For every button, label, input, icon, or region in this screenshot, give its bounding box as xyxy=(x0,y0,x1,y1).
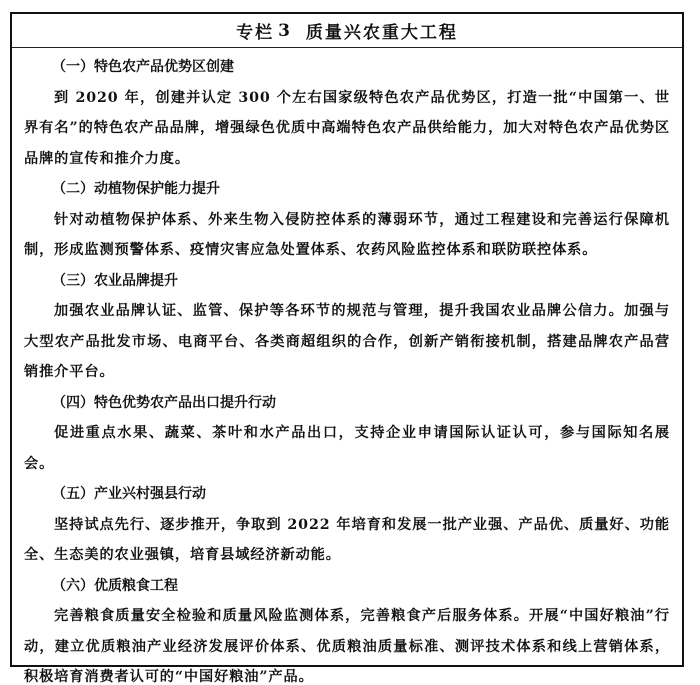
section-heading: （一）特色农产品优势区创建 xyxy=(24,52,670,83)
section-body: 针对动植物保护体系、外来生物入侵防控体系的薄弱环节，通过工程建设和完善运行保障机… xyxy=(24,205,670,266)
section-heading: （三）农业品牌提升 xyxy=(24,266,670,297)
column-title-number: 3 xyxy=(278,21,292,41)
column-box: 专栏 3 质量兴农重大工程 （一）特色农产品优势区创建 到 2020 年，创建并… xyxy=(10,12,684,667)
section-body: 坚持试点先行、逐步推开，争取到 2022 年培育和发展一批产业强、产品优、质量好… xyxy=(24,510,670,571)
column-title-text: 质量兴农重大工程 xyxy=(306,18,458,43)
section-4: （四）特色优势农产品出口提升行动 促进重点水果、蔬菜、茶叶和水产品出口，支持企业… xyxy=(24,388,670,480)
section-heading: （六）优质粮食工程 xyxy=(24,571,670,602)
section-heading: （二）动植物保护能力提升 xyxy=(24,174,670,205)
section-3: （三）农业品牌提升 加强农业品牌认证、监管、保护等各环节的规范与管理，提升我国农… xyxy=(24,266,670,388)
section-body: 促进重点水果、蔬菜、茶叶和水产品出口，支持企业申请国际认证认可，参与国际知名展会… xyxy=(24,418,670,479)
column-title-prefix: 专栏 xyxy=(236,18,274,43)
column-title: 专栏 3 质量兴农重大工程 xyxy=(12,14,682,48)
section-2: （二）动植物保护能力提升 针对动植物保护体系、外来生物入侵防控体系的薄弱环节，通… xyxy=(24,174,670,266)
section-6: （六）优质粮食工程 完善粮食质量安全检验和质量风险监测体系，完善粮食产后服务体系… xyxy=(24,571,670,685)
section-body: 到 2020 年，创建并认定 300 个左右国家级特色农产品优势区，打造一批“中… xyxy=(24,83,670,175)
section-heading: （五）产业兴村强县行动 xyxy=(24,479,670,510)
section-heading: （四）特色优势农产品出口提升行动 xyxy=(24,388,670,419)
column-content: （一）特色农产品优势区创建 到 2020 年，创建并认定 300 个左右国家级特… xyxy=(12,48,682,685)
section-body: 加强农业品牌认证、监管、保护等各环节的规范与管理，提升我国农业品牌公信力。加强与… xyxy=(24,296,670,388)
section-5: （五）产业兴村强县行动 坚持试点先行、逐步推开，争取到 2022 年培育和发展一… xyxy=(24,479,670,571)
section-body: 完善粮食质量安全检验和质量风险监测体系，完善粮食产后服务体系。开展“中国好粮油”… xyxy=(24,601,670,685)
section-1: （一）特色农产品优势区创建 到 2020 年，创建并认定 300 个左右国家级特… xyxy=(24,52,670,174)
